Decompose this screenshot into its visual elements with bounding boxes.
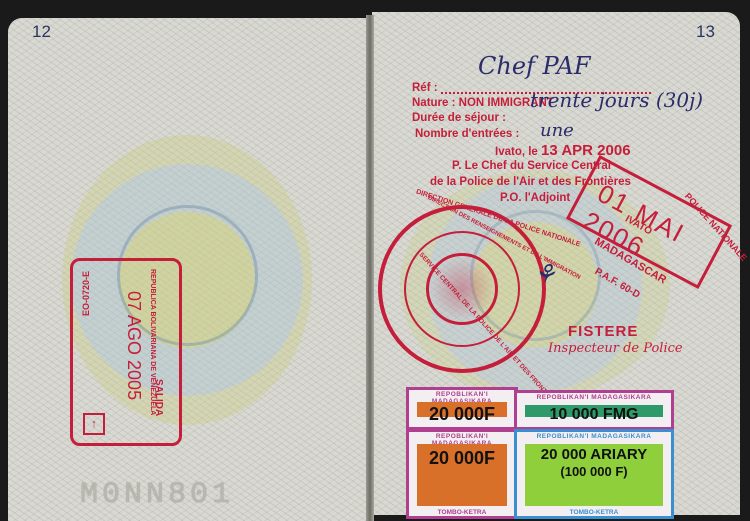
fiscal-stamp-3: REPOBLIKAN'I MADAGASIKARA 20 000F TOMBO-… xyxy=(406,429,518,519)
field-duree: Durée de séjour : xyxy=(412,112,506,124)
officer-title: Inspecteur de Police xyxy=(548,341,683,356)
authority-line-1: P. Le Chef du Service Central xyxy=(452,160,611,172)
perforated-passport-number: M0NN801 xyxy=(80,478,234,512)
handwritten-header: Chef PAF xyxy=(478,52,590,80)
officer-name: FISTERE xyxy=(568,323,638,340)
fiscal-stamp-2: REPOBLIKAN'I MADAGASIKARA 10 000 FMG xyxy=(514,390,674,430)
authority-line-3: P.O. l'Adjoint xyxy=(500,192,570,204)
handwritten-entrees: une xyxy=(540,120,574,141)
entry-place-date: Ivato, le 13 APR 2006 xyxy=(495,142,631,159)
passport-spine xyxy=(366,15,374,521)
fiscal-stamp-4: REPOBLIKAN'I MADAGASIKARA 20 000 ARIARY … xyxy=(514,429,674,519)
police-round-seal: DIRECTION GENERALE DE LA POLICE NATIONAL… xyxy=(378,205,546,373)
page-number-left: 12 xyxy=(32,22,51,42)
signature: ⚘ xyxy=(533,260,556,290)
field-entrees: Nombre d'entrées : xyxy=(415,128,519,140)
seal-emblem-icon xyxy=(426,253,498,325)
fiscal-stamp-1: REPOBLIKAN'I MADAGASIKARA 20 000F xyxy=(406,387,518,430)
venezuela-exit-stamp: EO-0720-E REPUBLICA BOLIVARIANA DE VENEZ… xyxy=(70,258,182,446)
exit-arrow-icon: ↑ xyxy=(83,413,105,435)
passport-spread: 12 13 EO-0720-E REPUBLICA BOLIVARIANA DE… xyxy=(0,0,750,521)
page-number-right: 13 xyxy=(696,22,715,42)
handwritten-duree: trente jours (30j) xyxy=(530,88,703,112)
